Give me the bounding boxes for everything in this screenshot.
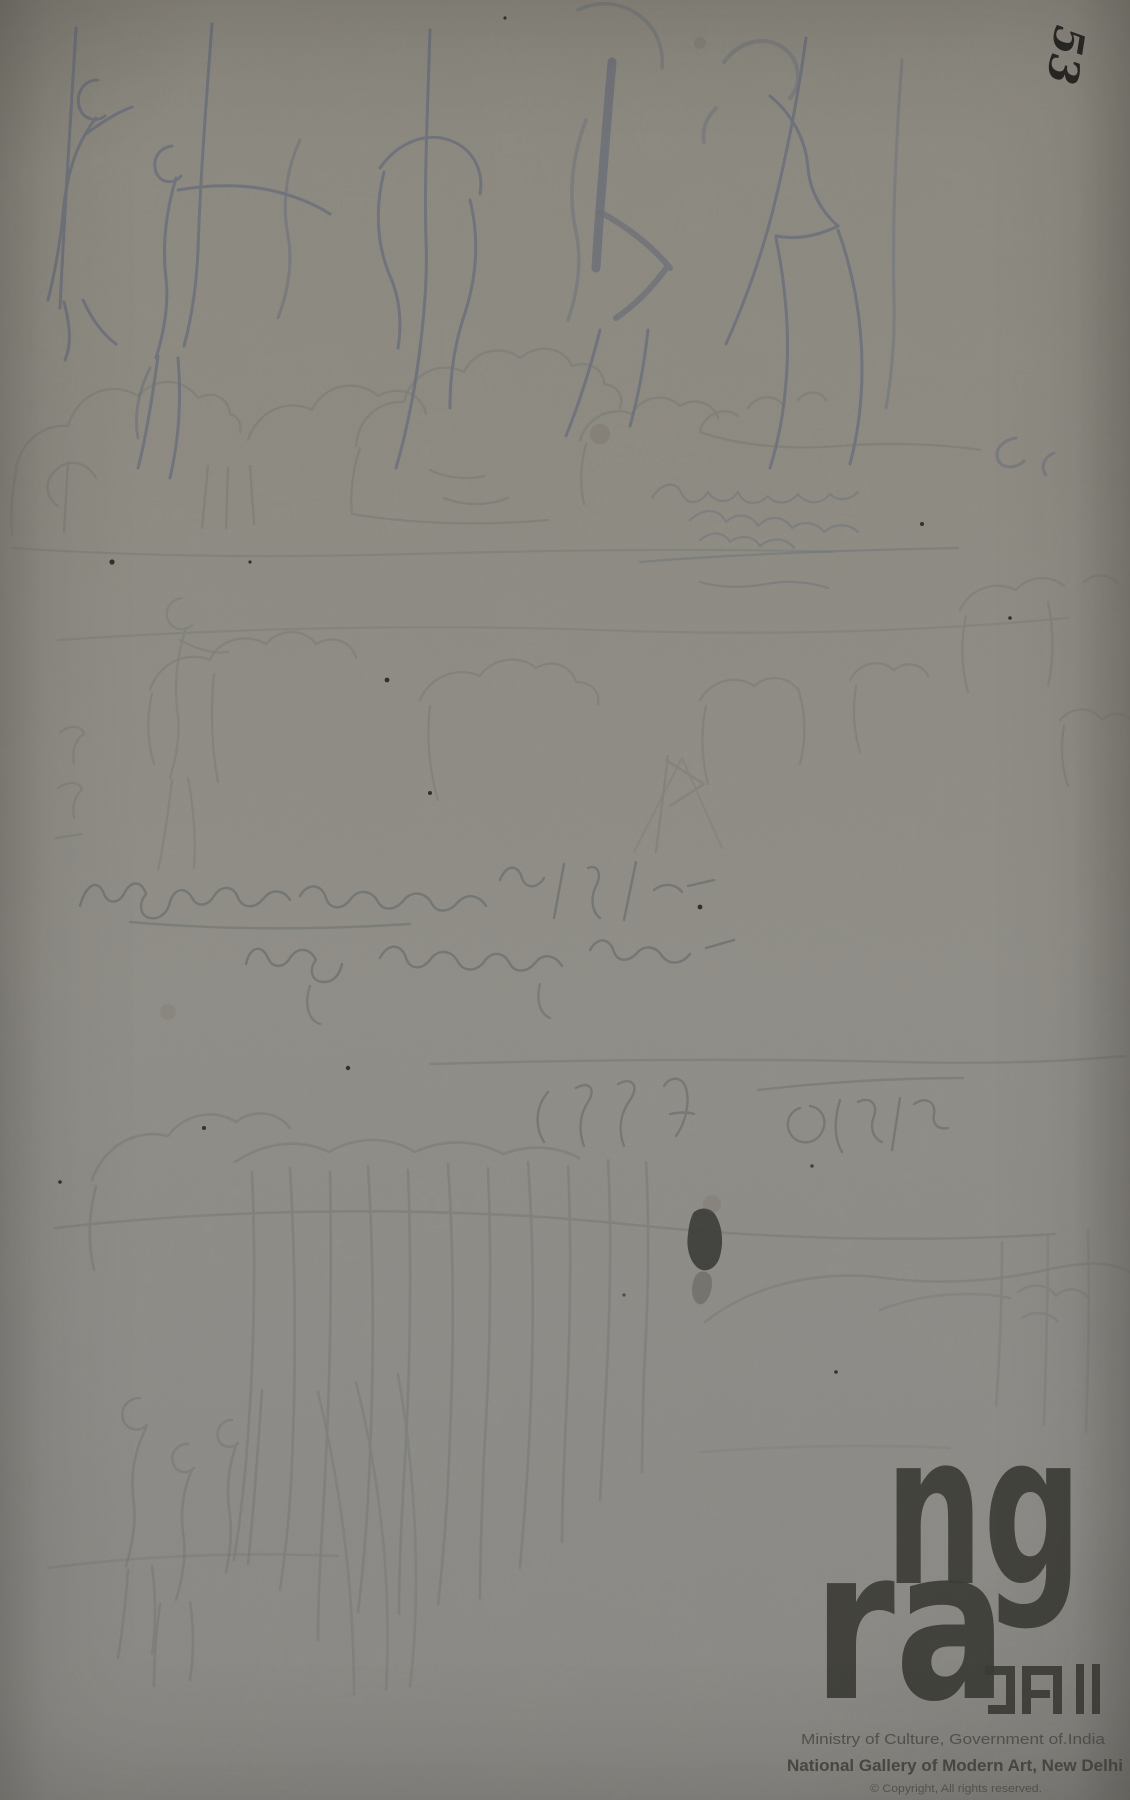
ngma-watermark: ng ra Ministry of Culture, Government of… [787, 1388, 1123, 1795]
ink-blot [687, 1209, 722, 1305]
tree-band-2 [56, 575, 1130, 870]
standing-figure-sketch [158, 598, 228, 870]
watermark-ministry-line: Ministry of Culture, Government of.India [801, 1731, 1106, 1748]
watermark-copyright-line: © Copyright, All rights reserved. [870, 1783, 1042, 1795]
inscription-middle [80, 862, 734, 1024]
inscription-right-upper [640, 485, 958, 588]
tree-band-1 [11, 349, 980, 556]
tree-trunks-group [234, 1160, 648, 1694]
page-number-annotation: 53 [1037, 22, 1095, 87]
ngma-logo-ra: ra [813, 1503, 1007, 1748]
figure-studies-top [48, 4, 1054, 478]
paper-specks [58, 16, 1012, 1373]
figure-cluster-bottom-left [118, 1390, 262, 1686]
pennant-flag-sketch [634, 756, 722, 852]
watermark-gallery-line: National Gallery of Modern Art, New Delh… [787, 1757, 1123, 1775]
paper-stains [160, 37, 721, 1213]
ngma-artwork-scan: 53 ng ra Ministry of Culture, Government… [0, 0, 1130, 1800]
sketch-drawing-layer: 53 ng ra Ministry of Culture, Government… [0, 0, 1130, 1800]
inscription-date-line [430, 1056, 1125, 1152]
